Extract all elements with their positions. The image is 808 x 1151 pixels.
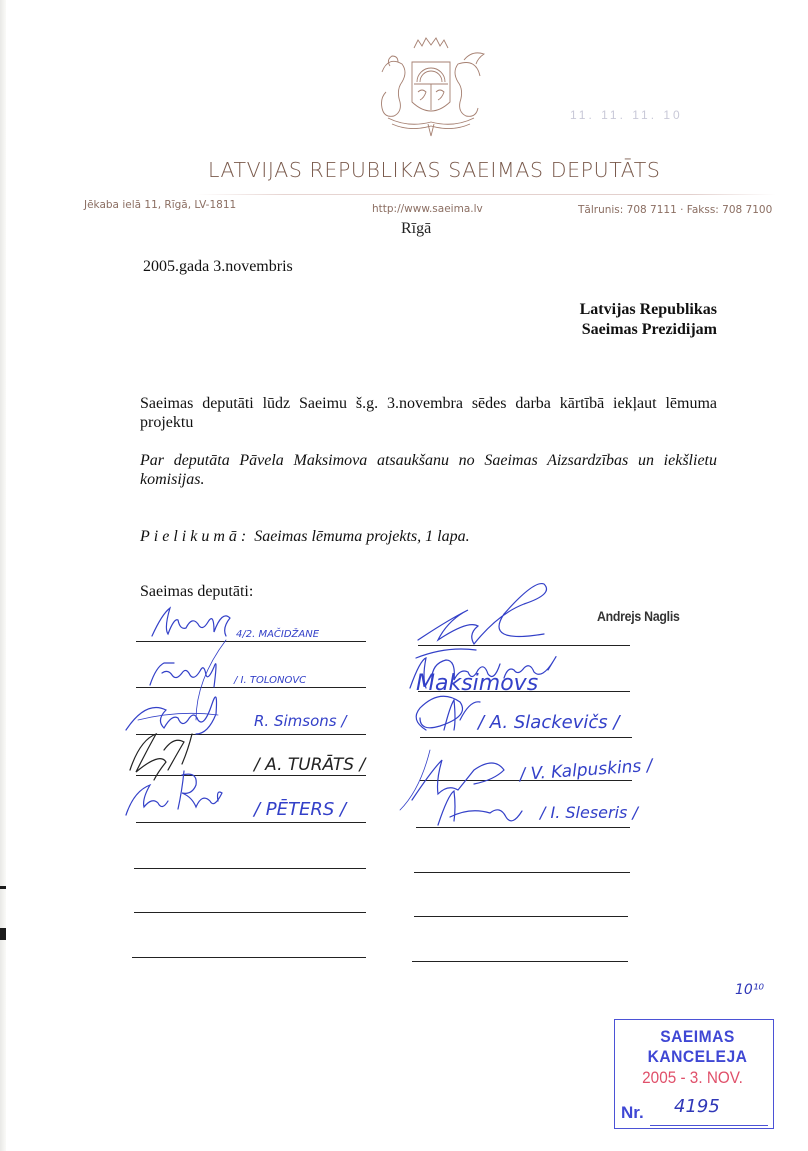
signature-line	[136, 775, 366, 776]
stamp-number-line	[650, 1125, 768, 1126]
letter-body: Saeimas deputāti lūdz Saeimu š.g. 3.nove…	[140, 394, 717, 432]
handwritten-time-note: 10¹⁰	[735, 982, 764, 998]
signature-line	[414, 916, 628, 917]
letter-date: 2005.gada 3.novembris	[143, 257, 293, 276]
signature-line	[136, 641, 366, 642]
recipient-line-1: Latvijas Republikas	[520, 300, 717, 320]
signature-line	[414, 872, 630, 873]
signature-line	[418, 645, 630, 646]
letterhead-website: http://www.saeima.lv	[372, 203, 483, 215]
scan-mark	[0, 886, 6, 889]
signature-line	[416, 827, 630, 828]
scan-edge	[0, 0, 6, 1151]
stamp-date: 2005 - 3. NOV.	[632, 1068, 754, 1088]
signature-line	[134, 868, 366, 869]
signature-annotation: / PĒTERS /	[252, 798, 348, 820]
letterhead-divider	[196, 194, 776, 195]
signature-annotation: / I. Sleseris /	[538, 803, 639, 822]
coat-of-arms-icon	[368, 36, 494, 142]
stamp-number-label: Nr.	[621, 1103, 644, 1123]
faint-stamp-text: 11. 11. 11. 10	[570, 108, 683, 122]
signature-annotation: / I. TOLONOVC	[233, 675, 306, 686]
signature-line	[412, 961, 628, 962]
letterhead-phone-fax: Tālrunis: 708 7111 · Fakss: 708 7100	[578, 204, 772, 216]
attachment-note: Pielikumā: Saeimas lēmuma projekts, 1 la…	[140, 527, 470, 546]
signature-line	[136, 734, 366, 735]
signature-line	[136, 822, 366, 823]
signature-annotation: Maksimovs	[416, 671, 538, 696]
signature-annotation: R. Simsons /	[254, 712, 348, 730]
letter-subject: Par deputāta Pāvela Maksimova atsaukšanu…	[140, 451, 717, 489]
stamp-title: SAEIMAS KANCELEJA	[626, 1027, 769, 1067]
signature-line	[420, 737, 632, 738]
letterhead-title: LATVIJAS REPUBLIKAS SAEIMAS DEPUTĀTS	[208, 158, 661, 182]
signatories-heading: Saeimas deputāti:	[140, 582, 253, 601]
letter-city: Rīgā	[401, 220, 431, 238]
attachment-text: Saeimas lēmuma projekts, 1 lapa.	[250, 528, 469, 545]
scan-mark	[0, 928, 6, 940]
signature-line	[418, 691, 630, 692]
stamp-number: 4195	[674, 1096, 720, 1117]
signature-annotation: / A. TURĀTS /	[252, 753, 367, 775]
printed-name-stamp: Andrejs Naglis	[597, 608, 680, 624]
signature-line	[136, 687, 366, 688]
signature-line	[134, 912, 366, 913]
signature-annotation: / A. Slackevičs /	[476, 712, 621, 733]
recipient-line-2: Saeimas Prezidijam	[520, 320, 717, 340]
letter-recipient: Latvijas Republikas Saeimas Prezidijam	[520, 300, 717, 340]
attachment-label: Pielikumā:	[140, 528, 250, 545]
signature-line	[420, 780, 632, 781]
letterhead-address: Jēkaba ielā 11, Rīgā, LV-1811	[84, 199, 236, 211]
signature-line	[132, 957, 366, 958]
signature-annotation: 4/2. MAČIDŽANE	[236, 627, 320, 640]
